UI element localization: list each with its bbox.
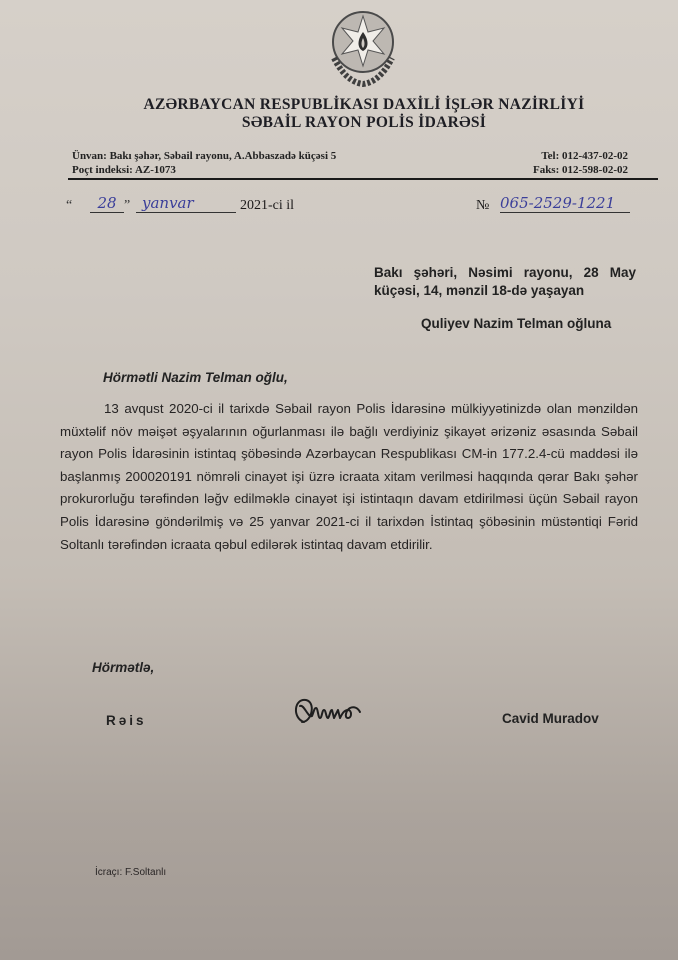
- office-fax: Faks: 012-598-02-02: [533, 164, 628, 176]
- signature-icon: [290, 692, 380, 732]
- document-number: 065-2529-1221: [500, 194, 630, 213]
- date-month: yanvar: [136, 194, 236, 213]
- state-emblem-icon: [328, 8, 398, 88]
- office-address: Ünvan: Bakı şəhər, Səbail rayonu, A.Abba…: [72, 150, 336, 162]
- number-label: №: [476, 198, 489, 214]
- letter-body: 13 avqust 2020-ci il tarixdə Səbail rayo…: [60, 398, 638, 556]
- date-year: 2021-ci il: [240, 198, 294, 214]
- salutation: Hörmətli Nazim Telman oğlu,: [103, 370, 288, 385]
- executor-name: İcraçı: F.Soltanlı: [95, 867, 166, 878]
- reference-line: “ 28 ” yanvar 2021-ci il № 065-2529-1221: [60, 196, 660, 220]
- postal-code: Poçt indeksi: AZ-1073: [72, 164, 176, 176]
- closing: Hörmətlə,: [92, 660, 154, 675]
- header-divider: [68, 178, 658, 180]
- close-quote: ”: [124, 198, 130, 214]
- office-phone: Tel: 012-437-02-02: [541, 150, 628, 162]
- open-quote: “: [66, 198, 72, 214]
- recipient-name: Quliyev Nazim Telman oğluna: [421, 316, 611, 331]
- date-day: 28: [90, 194, 124, 213]
- ministry-name: AZƏRBAYCAN RESPUBLİKASI DAXİLİ İŞLƏR NAZ…: [0, 96, 678, 114]
- signer-position: Rəis: [106, 713, 147, 728]
- signer-name: Cavid Muradov: [502, 711, 599, 726]
- letter-page: AZƏRBAYCAN RESPUBLİKASI DAXİLİ İŞLƏR NAZ…: [0, 0, 678, 960]
- department-name: SƏBAİL RAYON POLİS İDARƏSİ: [0, 114, 678, 132]
- recipient-address: Bakı şəhəri, Nəsimi rayonu, 28 May küçəs…: [374, 264, 636, 300]
